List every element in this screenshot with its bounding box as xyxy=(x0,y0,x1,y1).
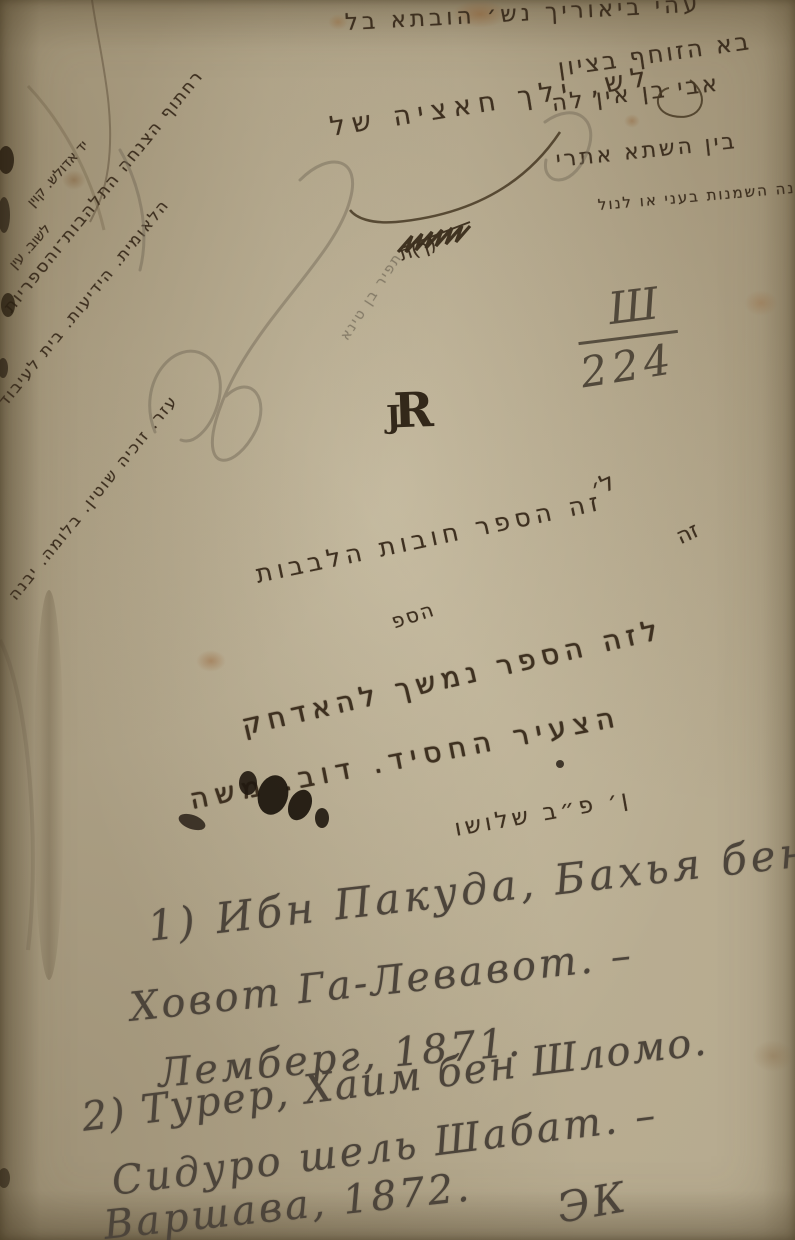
hebrew-inscription-top-1: עהי ביאוריך נש׳ הובתא בל xyxy=(344,0,702,35)
hebrew-pencil-diagonal-note: תפיר בן טינא xyxy=(338,251,405,343)
hebrew-edge-line-3: עזר. זוכיה שוטין. בלומה. יבנה xyxy=(6,392,181,603)
hebrew-inscription-mid-2: בין השתא אתרי xyxy=(555,131,739,172)
paper-creases xyxy=(0,0,110,950)
hebrew-lower-line-3: ן׳ פ״ב שלושו xyxy=(453,787,633,841)
shelfmark: Ш 224 xyxy=(572,276,685,395)
paper-stain xyxy=(744,290,778,316)
jr-monogram: JR xyxy=(385,382,427,439)
paper-stain xyxy=(196,650,226,672)
pencil-flourish-loops xyxy=(120,113,591,460)
hebrew-center-fragment: הספ xyxy=(389,599,438,632)
hebrew-center-fragment-2: זה xyxy=(673,520,702,549)
hebrew-edge-small-1: יד אדולש. קוין xyxy=(25,138,91,209)
russian-entry1-line2: Ховот Га-Левавот. – xyxy=(128,935,636,1028)
paper-stain xyxy=(624,114,640,128)
hebrew-inscription-mid-small: הנה השמנות בעני או לנול xyxy=(597,180,795,213)
ink-flourish-tail xyxy=(350,132,560,222)
scanned-page: עהי ביאוריך נש׳ הובתא בל בא הזוחף בציון … xyxy=(0,0,795,1240)
russian-initials: ЭК xyxy=(554,1176,631,1230)
paper-stain xyxy=(752,1040,794,1072)
paper-fold-shadow xyxy=(34,590,64,980)
hebrew-center-line: זה הספר חובות הלבבות xyxy=(253,489,605,587)
